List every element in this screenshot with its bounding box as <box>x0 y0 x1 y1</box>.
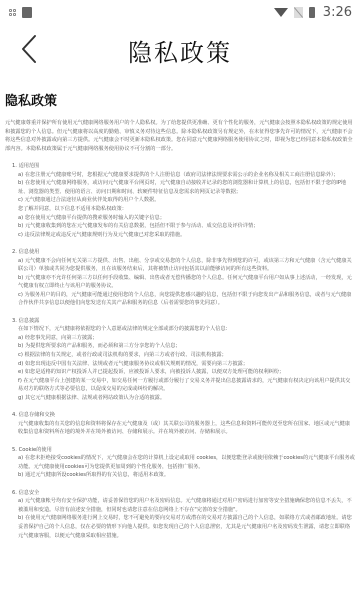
section-item: g) 其它元气健康根据法律、法规或者网站政策认为合适的披露。 <box>18 394 355 403</box>
section-item: b) 元气健康亦不允许任何第三方以任何手段收集、编辑、出售或者无偿传播您的个人信… <box>18 274 355 291</box>
back-button[interactable] <box>18 34 42 64</box>
section-item: a) 在您注册元气健康账号时，您根据元气健康要求提供的个人注册信息（政府司法律法… <box>18 171 355 180</box>
privacy-document: 隐私政策 元气健康尊重并保护所有使用元气健康网络服务用户的个人隐私权。为了给您提… <box>0 76 360 540</box>
battery-icon <box>309 7 315 18</box>
section-title: 5. Cookie的使用 <box>12 446 355 455</box>
section-item: c) 根据法律的有关规定，或者行政或司法机构的要求，向第三方或者行政、司法机构披… <box>18 351 355 360</box>
section-title: 3. 信息披露 <box>12 317 355 326</box>
section-info-use: 2. 信息使用 a) 元气健康不会向任何无关第三方提供、出售、出租、分享或交易您… <box>5 248 355 308</box>
app-header: 隐私政策 <box>0 24 360 76</box>
section-item: b) 为提供您所要求的产品和服务，而必须和第三方分享您的个人信息； <box>18 342 355 351</box>
section-item: 在如下情况下，元气健康将依据您的个人意愿或法律的规定全部或部分的披露您的个人信息… <box>18 325 355 334</box>
section-storage: 4. 信息存储和交换 元气健康收集的有关您的信息和资料将保存在元气健康及（或）其… <box>5 411 355 437</box>
section-item: e) 如您是适格的知识产权投诉人并已提起投诉，应被投诉人要求，向被投诉人披露，以… <box>18 368 355 377</box>
page-title: 隐私政策 <box>128 33 232 68</box>
section-item: b) 元气健康收集到的您在元气健康发布的有关信息数据，包括但不限于参与活动、成交… <box>18 222 355 231</box>
chevron-left-icon <box>18 34 42 64</box>
section-scope: 1. 适用范围 a) 在您注册元气健康账号时，您根据元气健康要求提供的个人注册信… <box>5 162 355 239</box>
section-title: 1. 适用范围 <box>12 162 355 171</box>
section-item: 您了解并同意，以下信息不适用本隐私权政策： <box>18 205 355 214</box>
section-item: c) 元气健康通过合法途径从商业伙伴处取得的用户个人数据。 <box>18 196 355 205</box>
status-bar: 3:26 <box>0 0 360 24</box>
section-item: c) 为服务用户的目的，元气健康可能通过使用您的个人信息，向您提供您感兴趣的信息… <box>18 291 355 308</box>
wifi-icon <box>274 8 288 17</box>
section-item: c) 违反法律规定或违反元气健康规则行为及元气健康已对您采取的措施。 <box>18 231 355 240</box>
document-title: 隐私政策 <box>5 90 355 109</box>
status-bar-right: 3:26 <box>274 5 352 20</box>
document-intro: 元气健康尊重并保护所有使用元气健康网络服务用户的个人隐私权。为了给您提供更准确、… <box>5 119 355 153</box>
no-sim-icon <box>294 7 303 18</box>
section-security: 6. 信息安全 a) 元气健康帐号均有安全保护功能，请妥善保管您的用户名及密码信… <box>5 489 355 541</box>
section-title: 4. 信息存储和交换 <box>12 411 355 420</box>
section-item: b) 通过元气健康所设cookies所取得的有关信息，将适用本政策。 <box>18 471 355 480</box>
section-item: a) 元气健康帐号均有安全保护功能，请妥善保管您的用户名及密码信息。元气健康将通… <box>18 497 355 514</box>
section-item: b) 在使用元气健康网络服务进行网上交易时，您不可避免的要向交易对方或潜在的交易… <box>18 514 355 540</box>
section-item: f) 在元气健康平台上创建的某一交易中，如交易任何一方履行或部分履行了交易义务并… <box>18 377 355 394</box>
section-item: a) 在您未拒绝接受cookies的情况下，元气健康会在您的计算机上设定或取用 … <box>18 454 355 471</box>
section-info-disclosure: 3. 信息披露 在如下情况下，元气健康将依据您的个人意愿或法律的规定全部或部分的… <box>5 317 355 403</box>
section-item: a) 元气健康不会向任何无关第三方提供、出售、出租、分享或交易您的个人信息，除非… <box>18 257 355 274</box>
section-item: b) 在您使用元气健康网络服务，或访问元气健康平台网页时，元气健康自动接收并记录… <box>18 179 355 196</box>
section-title: 6. 信息安全 <box>12 489 355 498</box>
status-time: 3:26 <box>323 5 352 20</box>
section-item: a) 您在使用元气健康平台提供的搜索服务时输入的关键字信息； <box>18 214 355 223</box>
status-bar-left <box>9 7 32 18</box>
section-item: d) 如您出现违反中国有关法律、法规或者元气健康服务协议或相关规则的情况，需要向… <box>18 360 355 369</box>
clipboard-icon <box>22 7 32 18</box>
app-grid-icon <box>9 9 16 16</box>
section-title: 2. 信息使用 <box>12 248 355 257</box>
section-item: a) 经您事先同意，向第三方披露； <box>18 334 355 343</box>
section-cookie: 5. Cookie的使用 a) 在您未拒绝接受cookies的情况下，元气健康会… <box>5 446 355 480</box>
section-item: 元气健康收集的有关您的信息和资料将保存在元气健康及（或）其关联公司的服务器上，这… <box>18 420 355 437</box>
